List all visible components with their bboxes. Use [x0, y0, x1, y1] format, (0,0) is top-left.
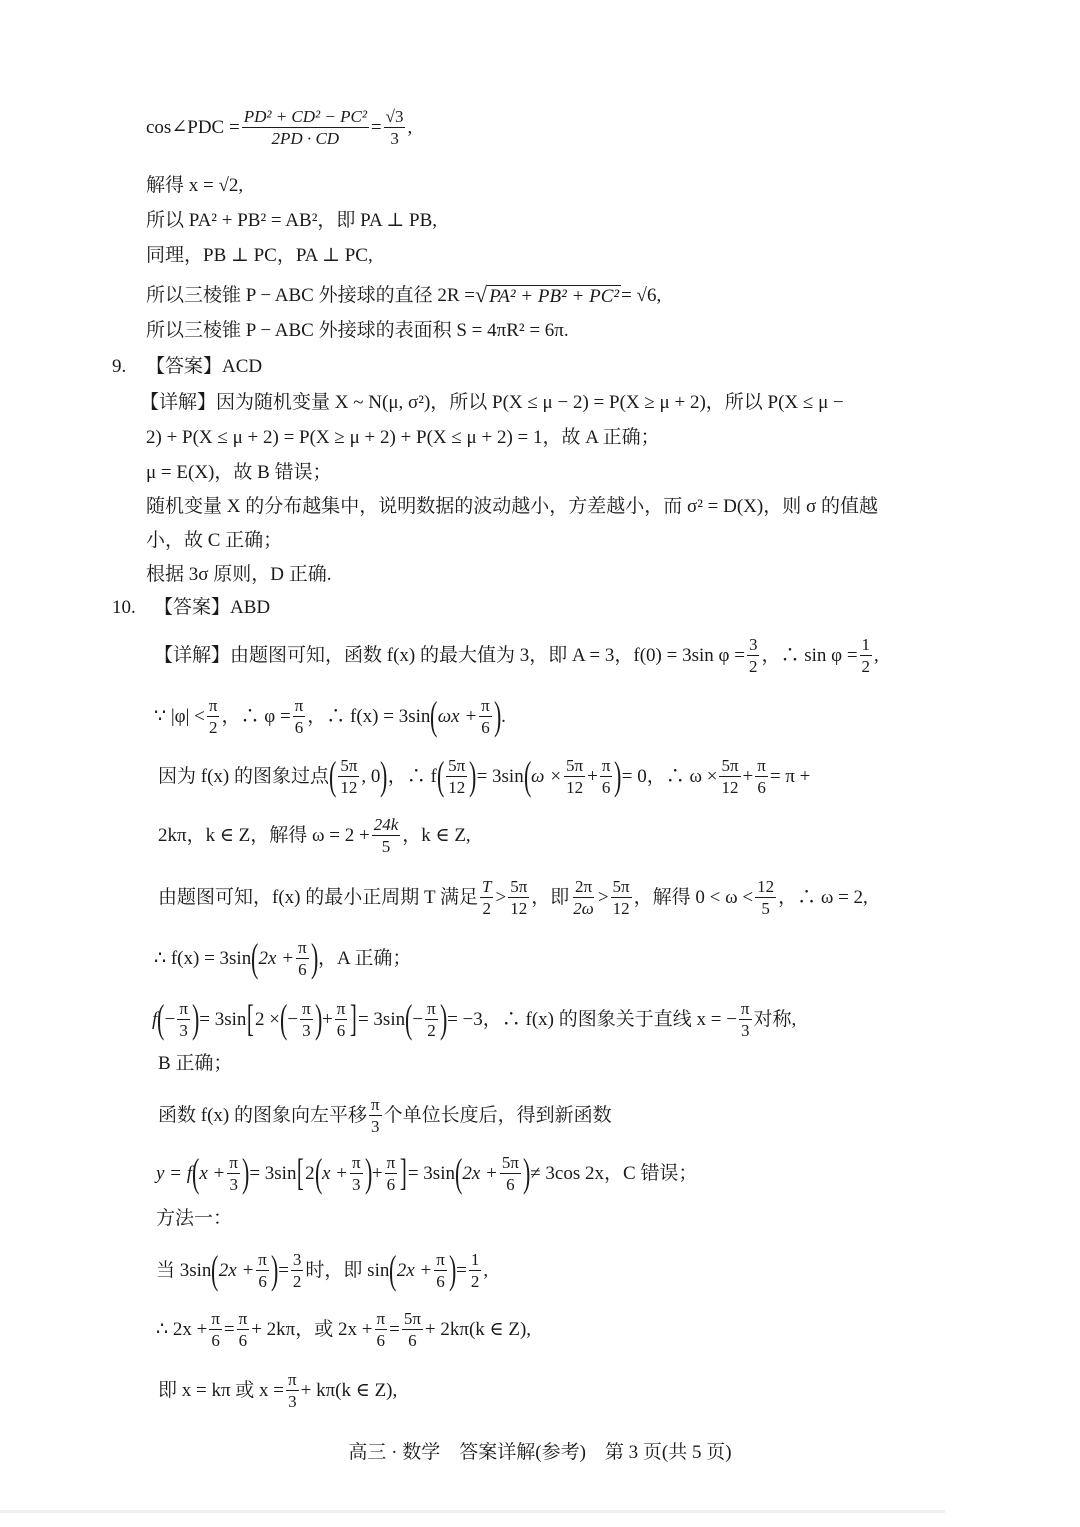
numerator: √3 — [384, 108, 406, 128]
text: 2kπ，k ∈ Z，解得 ω = 2 + — [158, 826, 370, 845]
q9-detail-line-3: μ = E(X)，故 B 错误； — [146, 463, 332, 482]
numerator: π — [256, 1251, 269, 1271]
text: 2x + — [219, 1261, 255, 1280]
text: − — [287, 1010, 298, 1029]
text: ，A 正确； — [318, 949, 411, 968]
left-paren: ( — [405, 999, 412, 1039]
fraction: 2π2ω — [571, 878, 596, 917]
numerator: π — [385, 1154, 398, 1174]
text: + — [743, 767, 754, 786]
left-paren: ( — [251, 938, 258, 978]
denominator: 6 — [209, 1330, 222, 1349]
left-paren: ( — [211, 1250, 218, 1290]
denominator: 2 — [425, 1020, 438, 1039]
numerator: 3 — [291, 1251, 304, 1271]
text: − — [165, 1010, 176, 1029]
fraction: π3 — [369, 1096, 382, 1135]
numerator: π — [300, 1000, 313, 1020]
text: = 3sin — [408, 1164, 455, 1183]
denominator: 3 — [388, 128, 401, 147]
text: 2 × — [255, 1010, 280, 1029]
left-paren: ( — [430, 696, 437, 736]
q10-line-2: ∵ |φ| < π2 ，∴ φ = π6 ，∴ f(x) = 3sin ( ωx… — [154, 696, 506, 736]
denominator: 12 — [338, 777, 359, 796]
numerator: 5π — [338, 757, 359, 777]
q10-line-7: f ( − π3 ) = 3sin [ 2 × ( − π3 ) + π6 ] … — [152, 999, 796, 1039]
denominator: 3 — [350, 1174, 363, 1193]
text: 个单位长度后，得到新函数 — [384, 1106, 612, 1125]
text: = 3sin — [477, 767, 524, 786]
denominator: 2 — [860, 656, 873, 675]
carryover-line-2: 解得 x = √2, — [146, 176, 243, 195]
denominator: 2 — [291, 1271, 304, 1290]
numerator: π — [375, 1310, 388, 1330]
denominator: 6 — [504, 1174, 517, 1193]
right-paren: ) — [242, 1153, 249, 1193]
left-paren: ( — [157, 999, 164, 1039]
left-paren: ( — [437, 756, 444, 796]
fraction: T2 — [480, 878, 493, 917]
numerator: π — [425, 1000, 438, 1020]
q10-line-12: 当 3sin ( 2x + π6 ) = 32 时，即 sin ( 2x + π… — [156, 1250, 488, 1290]
numerator: PD² + CD² − PC² — [242, 108, 369, 128]
numerator: π — [227, 1154, 240, 1174]
numerator: 5π — [611, 878, 632, 898]
denominator: 3 — [369, 1116, 382, 1135]
right-bracket: ] — [350, 1000, 357, 1038]
text: ，即 — [531, 888, 569, 907]
denominator: 5 — [759, 898, 772, 917]
text: ≠ 3cos 2x，C 错误； — [530, 1164, 697, 1183]
q9-detail-line-2: 2) + P(X ≤ μ + 2) = P(X ≥ μ + 2) + P(X ≤… — [146, 428, 660, 447]
numerator: 1 — [860, 636, 873, 656]
denominator: 6 — [600, 777, 613, 796]
denominator: 12 — [508, 898, 529, 917]
page-footer: 高三 · 数学 答案详解(参考) 第 3 页(共 5 页) — [0, 1437, 1080, 1464]
text: 对称, — [754, 1010, 797, 1029]
fraction: 32 — [747, 636, 760, 675]
q9-answer-line: 9. 【答案】 ACD — [112, 357, 262, 376]
text: x + — [322, 1164, 348, 1183]
text: 即 x = kπ 或 x = — [158, 1381, 284, 1400]
punct: , — [874, 646, 879, 665]
numerator: π — [335, 1000, 348, 1020]
text: 函数 f(x) 的图象向左平移 — [158, 1106, 367, 1125]
text: = −3，∴ f(x) 的图象关于直线 x = − — [447, 1010, 737, 1029]
fraction: π6 — [296, 939, 309, 978]
q10-line-8: B 正确； — [158, 1054, 232, 1073]
fraction: 12 — [469, 1251, 482, 1290]
numerator: π — [369, 1096, 382, 1116]
fraction: 5π6 — [500, 1154, 521, 1193]
fraction: π2 — [425, 1000, 438, 1039]
right-paren: ) — [523, 1153, 530, 1193]
numerator: 5π — [500, 1154, 521, 1174]
right-paren: ) — [271, 1250, 278, 1290]
numerator: 12 — [755, 878, 776, 898]
left-paren: ( — [315, 1153, 322, 1193]
text: ωx + — [438, 707, 477, 726]
carryover-line-6: 所以三棱锥 P − ABC 外接球的表面积 S = 4πR² = 6π. — [146, 321, 569, 340]
numerator: π — [237, 1310, 250, 1330]
fraction: π6 — [293, 697, 306, 736]
text: 2x + — [259, 949, 295, 968]
text: + — [587, 767, 598, 786]
fraction: 5π12 — [611, 878, 632, 917]
text: 因为随机变量 X ~ N(μ, σ²)，所以 P(X ≤ μ − 2) = P(… — [216, 393, 844, 412]
denominator: 12 — [720, 777, 741, 796]
numerator: π — [177, 1000, 190, 1020]
denominator: 2 — [207, 717, 220, 736]
right-paren: ) — [440, 999, 447, 1039]
answer-value: ACD — [222, 357, 262, 376]
text: ∴ f(x) = 3sin — [154, 949, 251, 968]
fraction: π3 — [300, 1000, 313, 1039]
carryover-cos-line: cos∠PDC = PD² + CD² − PC²2PD · CD = √33 … — [146, 108, 412, 147]
text: y = f — [156, 1164, 192, 1183]
numerator: 5π — [446, 757, 467, 777]
text: > — [495, 888, 506, 907]
text: = √6, — [621, 286, 661, 305]
numerator: 5π — [564, 757, 585, 777]
right-paren: ) — [469, 756, 476, 796]
right-paren: ) — [380, 756, 387, 796]
fraction: 12 — [860, 636, 873, 675]
equals: = — [371, 118, 382, 137]
denominator: 6 — [237, 1330, 250, 1349]
q10-line-9: 函数 f(x) 的图象向左平移 π3 个单位长度后，得到新函数 — [158, 1096, 612, 1135]
text: 2 — [305, 1164, 315, 1183]
text: ，∴ φ = — [221, 707, 290, 726]
right-paren: ) — [192, 999, 199, 1039]
right-paren: ) — [449, 1250, 456, 1290]
fraction: 5π12 — [719, 757, 740, 796]
fraction: π6 — [755, 757, 768, 796]
denominator: 3 — [177, 1020, 190, 1039]
text: 2x + — [397, 1261, 433, 1280]
punct: , — [407, 118, 412, 137]
radical-sign: √ — [475, 284, 487, 306]
fraction: √33 — [384, 108, 406, 147]
q10-line-10: y = f ( x + π3 ) = 3sin [ 2 ( x + π3 ) +… — [156, 1153, 697, 1193]
fraction: π6 — [600, 757, 613, 796]
text: ，∴ f — [388, 767, 437, 786]
carryover-line-5: 所以三棱锥 P − ABC 外接球的直径 2R = √PA² + PB² + P… — [146, 284, 661, 306]
question-number: 9. — [112, 357, 146, 376]
fraction: 5π12 — [338, 757, 359, 796]
punct: . — [501, 707, 506, 726]
fraction: 24k5 — [372, 816, 401, 855]
page-bottom-divider — [0, 1510, 945, 1513]
fraction: π6 — [375, 1310, 388, 1349]
denominator: 6 — [335, 1020, 348, 1039]
q10-line-6: ∴ f(x) = 3sin ( 2x + π6 ) ，A 正确； — [154, 938, 411, 978]
carryover-line-4: 同理，PB ⊥ PC，PA ⊥ PC, — [146, 246, 373, 265]
sqrt: √PA² + PB² + PC² — [475, 284, 621, 306]
denominator: 2 — [480, 898, 493, 917]
text: 所以三棱锥 P − ABC 外接球的直径 2R = — [146, 286, 475, 305]
text: ∴ 2x + — [156, 1320, 207, 1339]
denominator: 6 — [375, 1330, 388, 1349]
numerator: π — [739, 1000, 752, 1020]
fraction: 5π12 — [564, 757, 585, 796]
text: − — [412, 1010, 423, 1029]
fraction: π3 — [286, 1371, 299, 1410]
denominator: 2PD · CD — [270, 128, 342, 147]
text: = — [278, 1261, 289, 1280]
numerator: π — [350, 1154, 363, 1174]
text: ω × — [531, 767, 562, 786]
answer-label: 【答案】 — [146, 357, 222, 376]
denominator: 6 — [406, 1330, 419, 1349]
denominator: 2 — [747, 656, 760, 675]
denominator: 6 — [434, 1271, 447, 1290]
numerator: π — [479, 697, 492, 717]
text: ，解得 0 < ω < — [634, 888, 753, 907]
denominator: 6 — [296, 959, 309, 978]
text: , 0 — [361, 767, 380, 786]
q9-detail-line-1: 【详解】 因为随机变量 X ~ N(μ, σ²)，所以 P(X ≤ μ − 2)… — [140, 393, 844, 412]
fraction: π6 — [256, 1251, 269, 1290]
denominator: 5 — [380, 836, 393, 855]
numerator: 2π — [573, 878, 594, 898]
denominator: 12 — [611, 898, 632, 917]
text: ，k ∈ Z, — [402, 826, 470, 845]
fraction: π6 — [385, 1154, 398, 1193]
text: + kπ(k ∈ Z), — [301, 1381, 398, 1400]
text: ，∴ f(x) = 3sin — [307, 707, 430, 726]
left-paren: ( — [280, 999, 287, 1039]
numerator: π — [434, 1251, 447, 1271]
q10-line-13: ∴ 2x + π6 = π6 + 2kπ，或 2x + π6 = 5π6 + 2… — [156, 1310, 531, 1349]
q10-line-1: 【详解】 由题图可知，函数 f(x) 的最大值为 3，即 A = 3，f(0) … — [154, 636, 879, 675]
numerator: 24k — [372, 816, 401, 836]
fraction: π6 — [237, 1310, 250, 1349]
fraction: π6 — [335, 1000, 348, 1039]
right-paren: ) — [365, 1153, 372, 1193]
fraction: π3 — [177, 1000, 190, 1039]
numerator: π — [286, 1371, 299, 1391]
text: ，∴ sin φ = — [761, 646, 857, 665]
text: > — [598, 888, 609, 907]
left-paren: ( — [192, 1153, 199, 1193]
punct: , — [483, 1261, 488, 1280]
fraction: 5π12 — [446, 757, 467, 796]
left-paren: ( — [329, 756, 336, 796]
q10-line-5: 由题图可知，f(x) 的最小正周期 T 满足 T2 > 5π12 ，即 2π2ω… — [158, 878, 868, 917]
numerator: 1 — [469, 1251, 482, 1271]
q10-line-14: 即 x = kπ 或 x = π3 + kπ(k ∈ Z), — [158, 1371, 397, 1410]
numerator: π — [207, 697, 220, 717]
text: = 3sin — [358, 1010, 405, 1029]
numerator: π — [293, 697, 306, 717]
text: + 2kπ，或 2x + — [251, 1320, 372, 1339]
numerator: 5π — [402, 1310, 423, 1330]
numerator: 3 — [747, 636, 760, 656]
denominator: 2 — [469, 1271, 482, 1290]
carryover-line-3: 所以 PA² + PB² = AB²，即 PA ⊥ PB, — [146, 211, 437, 230]
fraction: π3 — [350, 1154, 363, 1193]
text: + — [372, 1164, 383, 1183]
fraction: π3 — [227, 1154, 240, 1193]
right-paren: ) — [494, 696, 501, 736]
left-paren: ( — [389, 1250, 396, 1290]
detail-label: 【详解】 — [154, 646, 230, 665]
text: + 2kπ(k ∈ Z), — [425, 1320, 531, 1339]
q9-detail-line-6: 根据 3σ 原则，D 正确. — [146, 565, 331, 584]
text: 时，即 sin — [305, 1261, 389, 1280]
denominator: 3 — [286, 1391, 299, 1410]
answer-label: 【答案】 — [154, 598, 230, 617]
denominator: 3 — [739, 1020, 752, 1039]
denominator: 6 — [755, 777, 768, 796]
fraction: π6 — [434, 1251, 447, 1290]
question-number: 10. — [112, 598, 154, 617]
denominator: 6 — [385, 1174, 398, 1193]
text: ，∴ ω = 2, — [778, 888, 868, 907]
numerator: π — [600, 757, 613, 777]
denominator: 12 — [446, 777, 467, 796]
denominator: 6 — [479, 717, 492, 736]
q10-answer-line: 10. 【答案】 ABD — [112, 598, 270, 617]
left-bracket: [ — [297, 1154, 304, 1192]
left-bracket: [ — [247, 1000, 254, 1038]
text: x + — [199, 1164, 225, 1183]
fraction: π6 — [209, 1310, 222, 1349]
text: = 0，∴ ω × — [622, 767, 718, 786]
fraction: π6 — [479, 697, 492, 736]
denominator: 3 — [300, 1020, 313, 1039]
numerator: 5π — [719, 757, 740, 777]
text: 因为 f(x) 的图象过点 — [158, 767, 329, 786]
q10-line-11: 方法一： — [156, 1209, 232, 1228]
text: 2x + — [462, 1164, 498, 1183]
q10-line-4: 2kπ，k ∈ Z，解得 ω = 2 + 24k5 ，k ∈ Z, — [158, 816, 471, 855]
numerator: T — [480, 878, 493, 898]
denominator: 6 — [293, 717, 306, 736]
fraction: 5π6 — [402, 1310, 423, 1349]
numerator: π — [755, 757, 768, 777]
text: = 3sin — [249, 1164, 296, 1183]
radicand: PA² + PB² + PC² — [487, 285, 621, 306]
numerator: 5π — [508, 878, 529, 898]
denominator: 3 — [227, 1174, 240, 1193]
text: ∵ |φ| < — [154, 707, 205, 726]
text: 由题图可知，函数 f(x) 的最大值为 3，即 A = 3，f(0) = 3si… — [230, 646, 745, 665]
text: = — [456, 1261, 467, 1280]
right-paren: ) — [315, 999, 322, 1039]
fraction: π3 — [739, 1000, 752, 1039]
fraction: PD² + CD² − PC²2PD · CD — [242, 108, 369, 147]
right-paren: ) — [311, 938, 318, 978]
left-paren: ( — [455, 1153, 462, 1193]
text: 由题图可知，f(x) 的最小正周期 T 满足 — [158, 888, 478, 907]
q9-detail-line-4: 随机变量 X 的分布越集中，说明数据的波动越小，方差越小，而 σ² = D(X)… — [146, 497, 878, 516]
text: + — [322, 1010, 333, 1029]
numerator: π — [296, 939, 309, 959]
fraction: π2 — [207, 697, 220, 736]
text: = — [389, 1320, 400, 1339]
fraction: 125 — [755, 878, 776, 917]
text: = — [224, 1320, 235, 1339]
denominator: 12 — [564, 777, 585, 796]
text: = 3sin — [199, 1010, 246, 1029]
numerator: π — [209, 1310, 222, 1330]
text: 当 3sin — [156, 1261, 211, 1280]
fraction: 32 — [291, 1251, 304, 1290]
denominator: 6 — [256, 1271, 269, 1290]
denominator: 2ω — [571, 898, 596, 917]
left-paren: ( — [524, 756, 531, 796]
q10-line-3: 因为 f(x) 的图象过点 ( 5π12 , 0 ) ，∴ f ( 5π12 )… — [158, 756, 810, 796]
right-bracket: ] — [400, 1154, 407, 1192]
cos-lhs: cos∠PDC = — [146, 118, 240, 137]
text: = π + — [770, 767, 811, 786]
fraction: 5π12 — [508, 878, 529, 917]
answer-value: ABD — [230, 598, 270, 617]
right-paren: ) — [614, 756, 621, 796]
q9-detail-line-5: 小，故 C 正确； — [146, 531, 282, 550]
detail-label: 【详解】 — [140, 393, 216, 412]
